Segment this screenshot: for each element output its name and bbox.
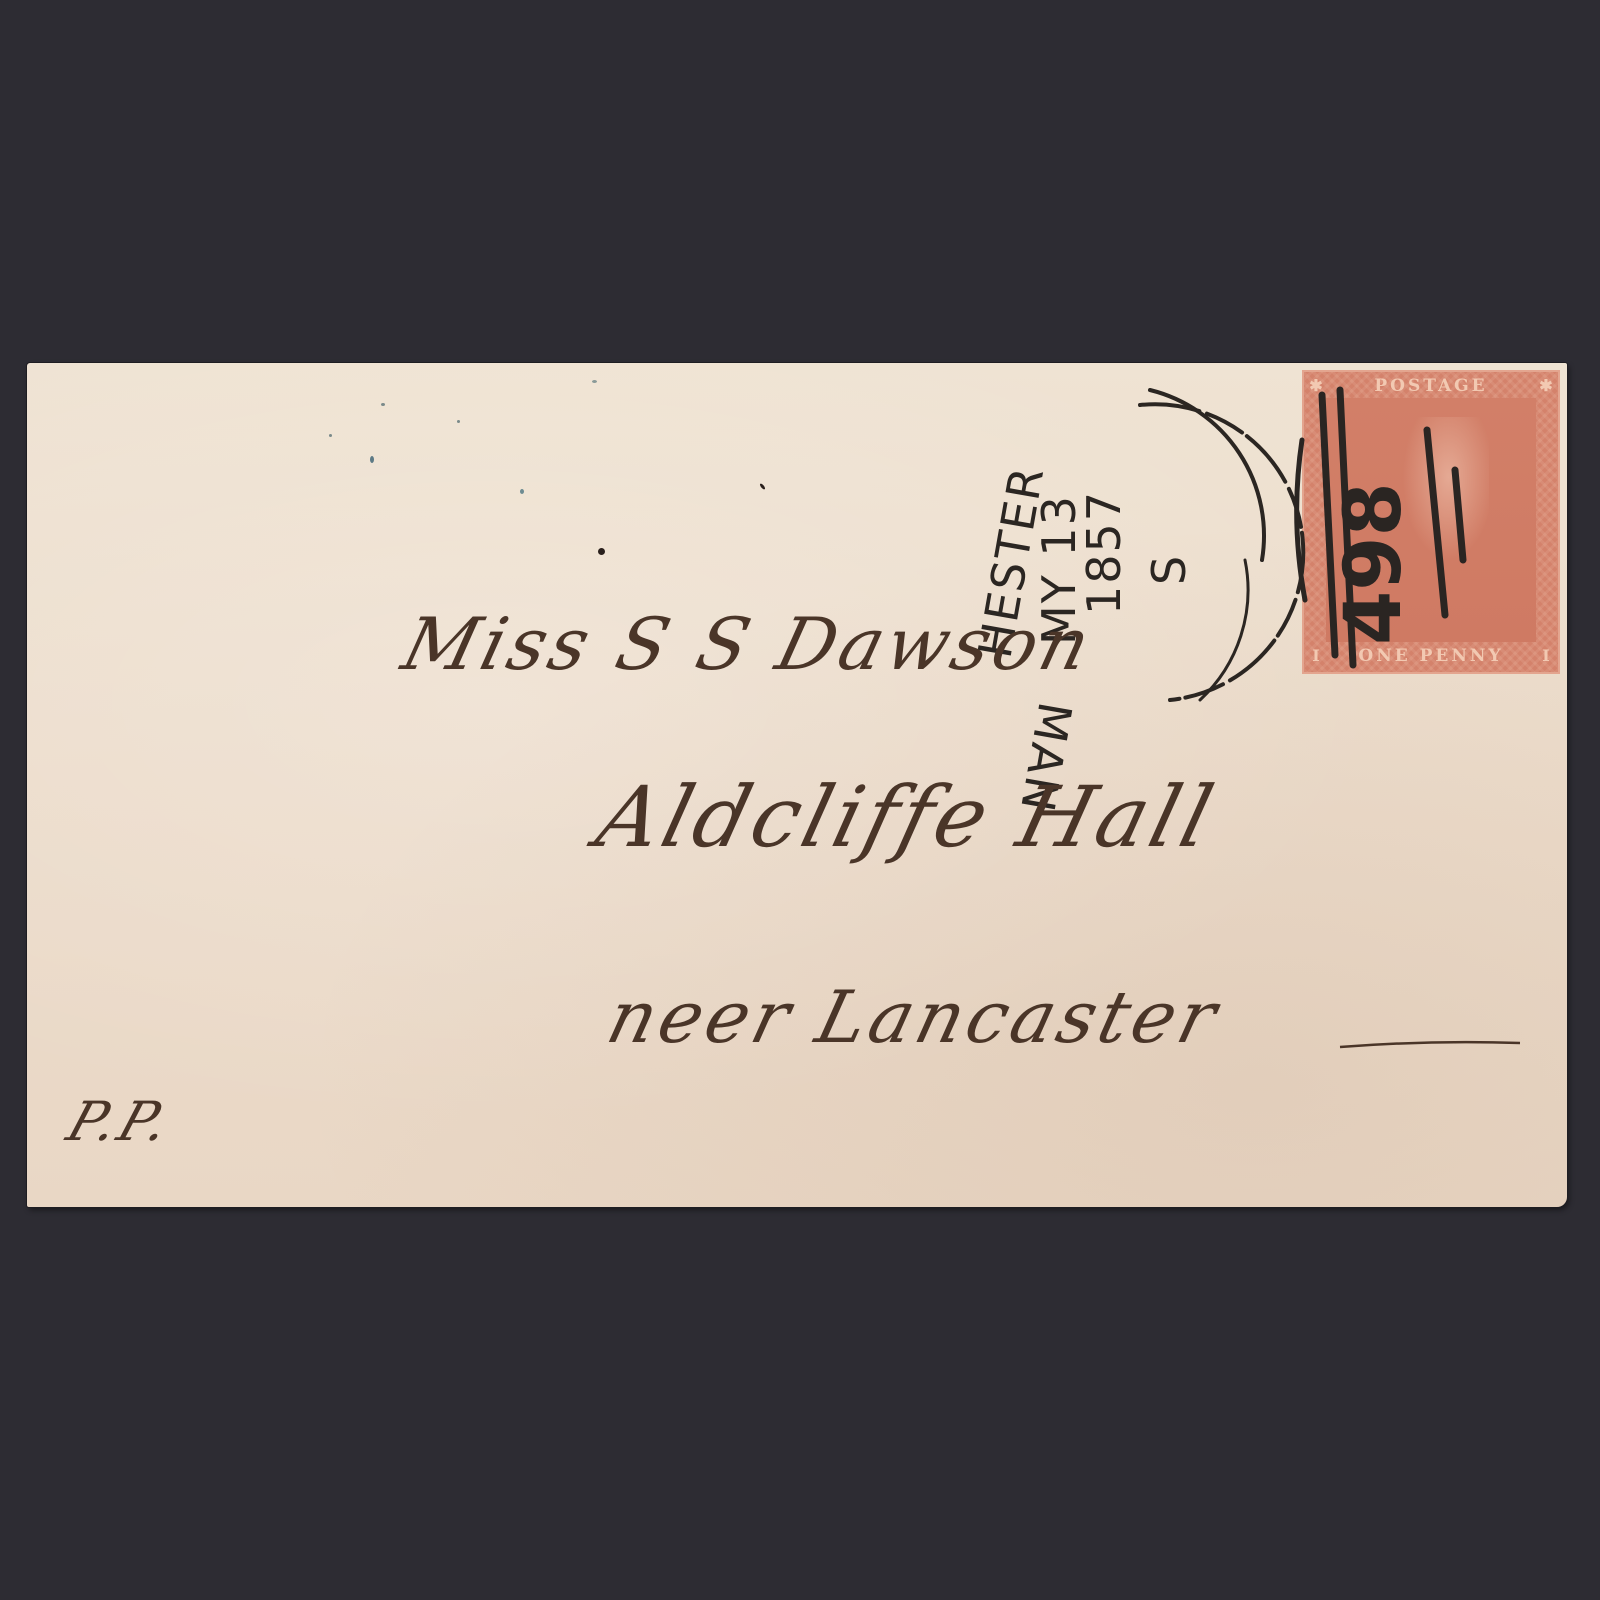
underline-flourish [1340,1042,1520,1047]
address-flourishes [0,0,1600,1600]
